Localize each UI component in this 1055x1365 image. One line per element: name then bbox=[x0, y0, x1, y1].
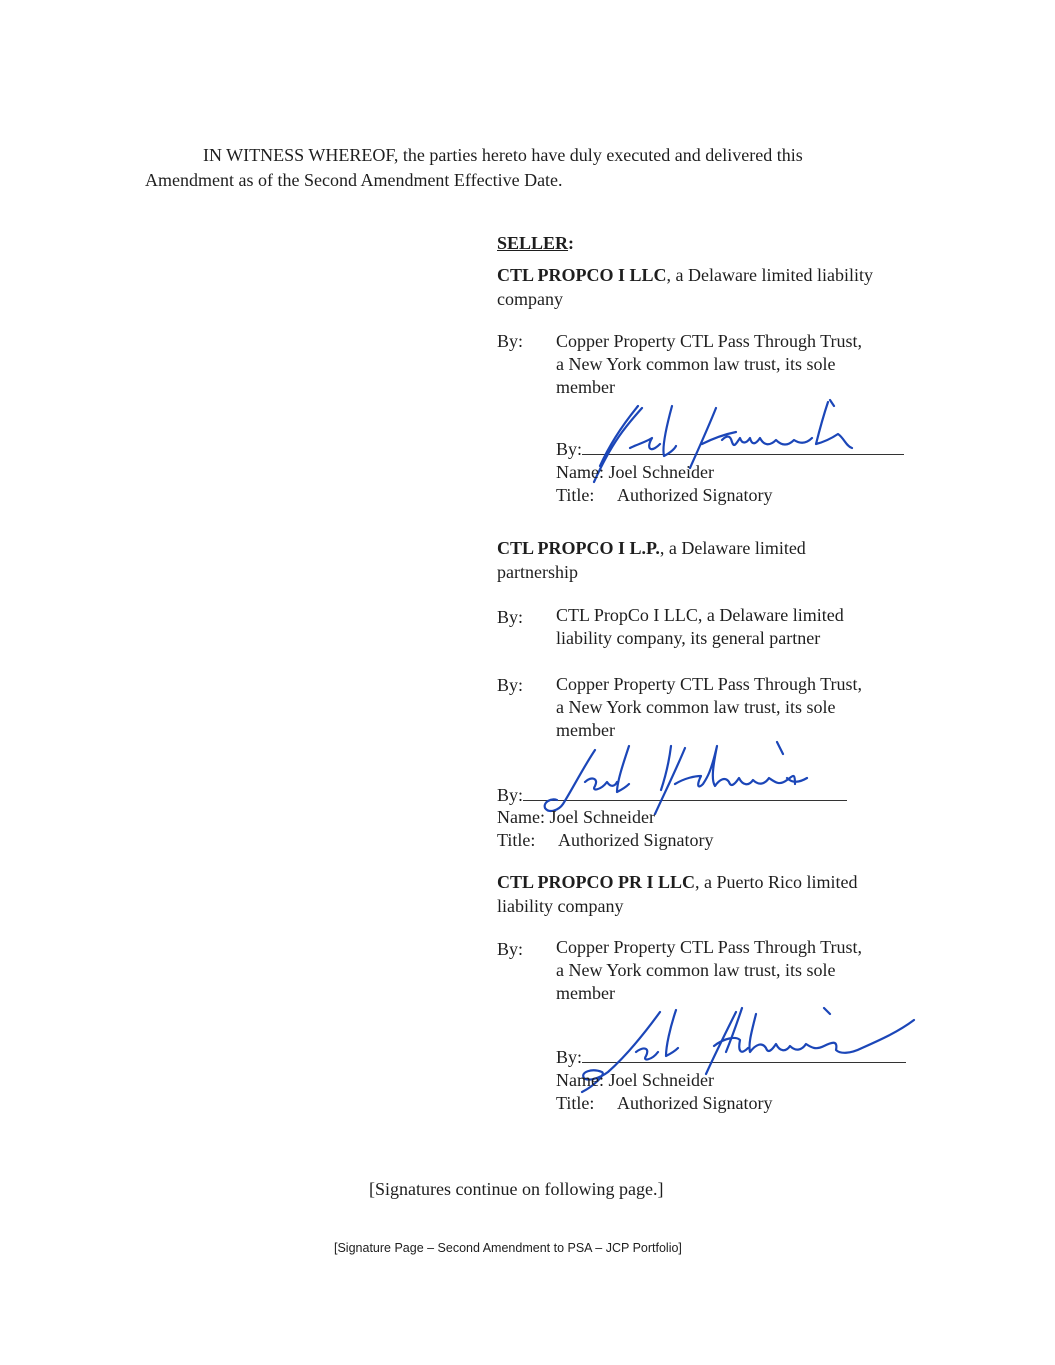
entity-1-signature-title: Title:Authorized Signatory bbox=[556, 484, 772, 507]
entity-2-by-1-label: By: bbox=[497, 606, 523, 629]
entity-1-desc-line-2: company bbox=[497, 288, 563, 311]
entity-2-title-value: Authorized Signatory bbox=[558, 830, 713, 850]
entity-1-name-value: Joel Schneider bbox=[608, 462, 713, 482]
entity-2-desc-line-2: partnership bbox=[497, 561, 578, 584]
continuation-note: [Signatures continue on following page.] bbox=[369, 1178, 663, 1201]
entity-3-title-label: Title: bbox=[556, 1092, 617, 1115]
witness-clause-line-2: Amendment as of the Second Amendment Eff… bbox=[145, 169, 563, 192]
entity-1-desc: , a Delaware limited liability bbox=[667, 265, 873, 285]
entity-1-name: CTL PROPCO I LLC bbox=[497, 265, 667, 285]
seller-heading-text: SELLER bbox=[497, 233, 568, 253]
entity-3-name-line: CTL PROPCO PR I LLC, a Puerto Rico limit… bbox=[497, 871, 858, 894]
entity-2-title-label: Title: bbox=[497, 829, 558, 852]
entity-1-by-line-2: a New York common law trust, its sole bbox=[556, 353, 835, 376]
entity-2-name-label: Name: bbox=[497, 807, 545, 827]
entity-3-name-label: Name: bbox=[556, 1070, 604, 1090]
entity-3-by-label: By: bbox=[497, 938, 523, 961]
entity-2-signature-name: Name: Joel Schneider bbox=[497, 806, 655, 829]
entity-2-name-value: Joel Schneider bbox=[549, 807, 654, 827]
entity-3-signature-by-label: By: bbox=[556, 1047, 582, 1067]
page-footer: [Signature Page – Second Amendment to PS… bbox=[334, 1241, 682, 1255]
entity-2-by-2-label: By: bbox=[497, 674, 523, 697]
entity-1-signature-by-label: By: bbox=[556, 439, 582, 459]
entity-1-by-line-1: Copper Property CTL Pass Through Trust, bbox=[556, 330, 862, 353]
entity-3-by-line-2: a New York common law trust, its sole bbox=[556, 959, 835, 982]
entity-3-name: CTL PROPCO PR I LLC bbox=[497, 872, 695, 892]
entity-2-by-1-line-1: CTL PropCo I LLC, a Delaware limited bbox=[556, 604, 844, 627]
entity-3-signature-title: Title:Authorized Signatory bbox=[556, 1092, 772, 1115]
entity-3-title-value: Authorized Signatory bbox=[617, 1093, 772, 1113]
entity-1-by-line-3: member bbox=[556, 376, 615, 399]
entity-2-signature-by-label: By: bbox=[497, 785, 523, 805]
entity-2-signature-title: Title:Authorized Signatory bbox=[497, 829, 713, 852]
entity-3-signature-name: Name: Joel Schneider bbox=[556, 1069, 714, 1092]
seller-heading: SELLER: bbox=[497, 232, 574, 255]
entity-2-desc: , a Delaware limited bbox=[660, 538, 806, 558]
entity-3-name-value: Joel Schneider bbox=[608, 1070, 713, 1090]
entity-2-by-1-line-2: liability company, its general partner bbox=[556, 627, 820, 650]
entity-2-by-2-line-2: a New York common law trust, its sole bbox=[556, 696, 835, 719]
seller-heading-colon: : bbox=[568, 233, 574, 253]
entity-1-title-label: Title: bbox=[556, 484, 617, 507]
entity-2-name: CTL PROPCO I L.P. bbox=[497, 538, 660, 558]
entity-1-name-label: Name: bbox=[556, 462, 604, 482]
entity-1-signature-name: Name: Joel Schneider bbox=[556, 461, 714, 484]
entity-2-name-line: CTL PROPCO I L.P., a Delaware limited bbox=[497, 537, 806, 560]
entity-1-title-value: Authorized Signatory bbox=[617, 485, 772, 505]
entity-1-name-line: CTL PROPCO I LLC, a Delaware limited lia… bbox=[497, 264, 873, 287]
entity-3-desc-line-2: liability company bbox=[497, 895, 623, 918]
entity-3-by-line-1: Copper Property CTL Pass Through Trust, bbox=[556, 936, 862, 959]
entity-2-by-2-line-1: Copper Property CTL Pass Through Trust, bbox=[556, 673, 862, 696]
entity-3-desc: , a Puerto Rico limited bbox=[695, 872, 857, 892]
entity-1-by-label: By: bbox=[497, 330, 523, 353]
witness-clause-line-1: IN WITNESS WHEREOF, the parties hereto h… bbox=[203, 144, 803, 167]
